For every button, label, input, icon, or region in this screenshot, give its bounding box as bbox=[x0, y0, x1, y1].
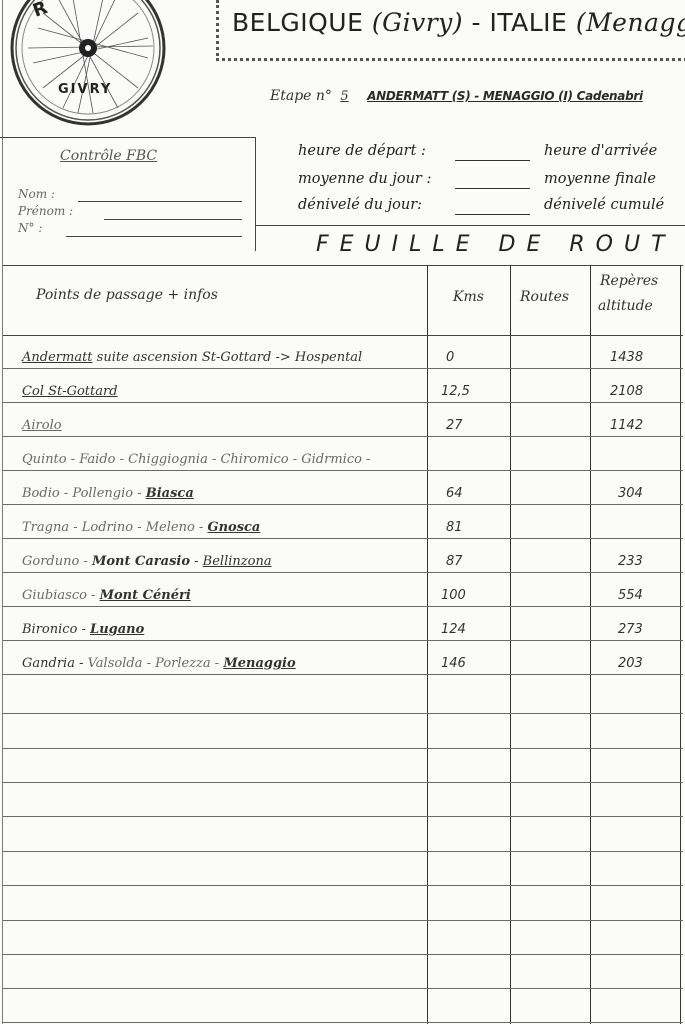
waypoint-segment: Gnosca bbox=[207, 520, 260, 535]
moyenne-jour-field[interactable] bbox=[455, 188, 530, 189]
row-rule bbox=[3, 640, 683, 641]
waypoint-cell[interactable]: Gandria - Valsolda - Porlezza - Menaggio bbox=[22, 656, 296, 671]
row-rule bbox=[3, 782, 683, 783]
row-rule bbox=[3, 920, 683, 921]
etape-line: Etape n° 5 ANDERMATT (S) - MENAGGIO (I) … bbox=[270, 88, 643, 104]
table-right-border bbox=[680, 265, 681, 1024]
nom-label: Nom : bbox=[18, 187, 55, 201]
rlm-givry-wheel-logo bbox=[8, 0, 168, 128]
waypoint-segment: Tragna - Lodrino - Meleno - bbox=[22, 520, 207, 535]
waypoint-segment: Biasca bbox=[146, 486, 194, 501]
waypoint-segment: Menaggio bbox=[223, 656, 295, 671]
waypoint-segment: Gorduno - bbox=[22, 554, 92, 569]
kms-cell[interactable]: 27 bbox=[446, 418, 463, 433]
altitude-cell[interactable]: 1142 bbox=[610, 418, 643, 433]
row-rule bbox=[3, 504, 683, 505]
denivele-jour-field[interactable] bbox=[455, 214, 530, 215]
kms-cell[interactable]: 0 bbox=[446, 350, 454, 365]
depart-field[interactable] bbox=[455, 160, 530, 161]
nom-field[interactable] bbox=[78, 201, 242, 202]
altitude-cell[interactable]: 273 bbox=[618, 622, 643, 637]
prenom-field[interactable] bbox=[104, 219, 242, 220]
kms-cell[interactable]: 12,5 bbox=[441, 384, 470, 399]
row-rule bbox=[3, 674, 683, 675]
col-divider-altitude bbox=[590, 265, 591, 1024]
denivele-cumule-label: dénivelé cumulé bbox=[544, 197, 664, 213]
waypoint-segment: Mont Carasio bbox=[92, 554, 190, 569]
row-rule bbox=[3, 885, 683, 886]
kms-cell[interactable]: 100 bbox=[441, 588, 466, 603]
row-rule bbox=[3, 748, 683, 749]
waypoint-cell[interactable]: Gorduno - Mont Carasio - Bellinzona bbox=[22, 554, 272, 569]
col-divider-routes bbox=[510, 265, 511, 1024]
sheet-title: FEUILLE DE ROUT bbox=[316, 232, 676, 257]
prenom-label: Prénom : bbox=[18, 204, 73, 218]
altitude-cell[interactable]: 203 bbox=[618, 656, 643, 671]
row-rule bbox=[3, 713, 683, 714]
kms-cell[interactable]: 124 bbox=[441, 622, 466, 637]
row-rule bbox=[3, 606, 683, 607]
table-top-border bbox=[3, 265, 683, 266]
col-divider-kms bbox=[427, 265, 428, 1024]
row-rule bbox=[3, 402, 683, 403]
waypoint-segment: Valsolda - Porlezza - bbox=[88, 656, 224, 671]
row-rule bbox=[3, 988, 683, 989]
row-rule bbox=[3, 851, 683, 852]
col-header-kms: Kms bbox=[453, 289, 484, 305]
row-rule bbox=[3, 572, 683, 573]
row-rule bbox=[3, 954, 683, 955]
col-header-points: Points de passage + infos bbox=[36, 287, 218, 303]
logo-bottom-text: GIVRY bbox=[58, 82, 112, 97]
waypoint-segment: Quinto - Faido - Chiggiognia - Chiromico… bbox=[22, 452, 370, 467]
waypoint-segment: Andermatt bbox=[22, 350, 93, 365]
waypoint-cell[interactable]: Andermatt suite ascension St-Gottard -> … bbox=[22, 350, 362, 365]
etape-route[interactable]: ANDERMATT (S) - MENAGGIO (I) Cadenabri bbox=[367, 89, 643, 103]
depart-label: heure de départ : bbox=[298, 143, 426, 159]
col-header-altitude: altitude bbox=[598, 298, 653, 314]
waypoint-cell[interactable]: Bironico - Lugano bbox=[22, 622, 144, 637]
waypoint-segment: Mont Cénéri bbox=[100, 588, 191, 603]
waypoint-segment: - bbox=[190, 554, 203, 569]
waypoint-segment: Giubiasco - bbox=[22, 588, 100, 603]
numero-field[interactable] bbox=[66, 236, 242, 237]
waypoint-cell[interactable]: Giubiasco - Mont Cénéri bbox=[22, 588, 191, 603]
arrivee-label: heure d'arrivée bbox=[544, 143, 657, 159]
denivele-jour-label: dénivelé du jour: bbox=[298, 197, 422, 213]
numero-label: N° : bbox=[18, 221, 42, 235]
waypoint-cell[interactable]: Tragna - Lodrino - Meleno - Gnosca bbox=[22, 520, 260, 535]
control-title: Contrôle FBC bbox=[60, 148, 157, 164]
altitude-cell[interactable]: 233 bbox=[618, 554, 643, 569]
waypoint-cell[interactable]: Quinto - Faido - Chiggiognia - Chiromico… bbox=[22, 452, 370, 467]
waypoint-cell[interactable]: Col St-Gottard bbox=[22, 384, 118, 399]
altitude-cell[interactable]: 2108 bbox=[610, 384, 643, 399]
page-title: BELGIQUE (Givry) - ITALIE (Menagg bbox=[232, 8, 685, 37]
kms-cell[interactable]: 81 bbox=[446, 520, 463, 535]
row-rule bbox=[3, 470, 683, 471]
header-bottom-border bbox=[3, 335, 683, 336]
moyenne-finale-label: moyenne finale bbox=[544, 171, 656, 187]
row-rule bbox=[3, 436, 683, 437]
waypoint-cell[interactable]: Airolo bbox=[22, 418, 62, 433]
kms-cell[interactable]: 146 bbox=[441, 656, 466, 671]
waypoint-segment: Lugano bbox=[90, 622, 144, 637]
row-rule bbox=[3, 816, 683, 817]
waypoint-segment: Airolo bbox=[22, 418, 62, 433]
kms-cell[interactable]: 87 bbox=[446, 554, 463, 569]
waypoint-cell[interactable]: Bodio - Pollengio - Biasca bbox=[22, 486, 194, 501]
waypoint-segment: suite ascension St-Gottard -> Hospental bbox=[93, 350, 363, 365]
col-header-reperes: Repères bbox=[600, 273, 658, 289]
waypoint-segment: Bellinzona bbox=[203, 554, 272, 569]
altitude-cell[interactable]: 1438 bbox=[610, 350, 643, 365]
moyenne-jour-label: moyenne du jour : bbox=[298, 171, 431, 187]
row-rule bbox=[3, 1022, 683, 1023]
row-rule bbox=[3, 368, 683, 369]
altitude-cell[interactable]: 304 bbox=[618, 486, 643, 501]
waypoint-segment: Bironico - bbox=[22, 622, 90, 637]
waypoint-segment: Bodio - Pollengio - bbox=[22, 486, 146, 501]
etape-label: Etape n° bbox=[270, 88, 332, 104]
waypoint-segment: Col St-Gottard bbox=[22, 384, 118, 399]
altitude-cell[interactable]: 554 bbox=[618, 588, 643, 603]
row-rule bbox=[3, 538, 683, 539]
etape-number[interactable]: 5 bbox=[340, 89, 348, 104]
col-header-routes: Routes bbox=[520, 289, 569, 305]
waypoint-segment: Gandria - bbox=[22, 656, 88, 671]
divider bbox=[255, 225, 685, 226]
kms-cell[interactable]: 64 bbox=[446, 486, 463, 501]
